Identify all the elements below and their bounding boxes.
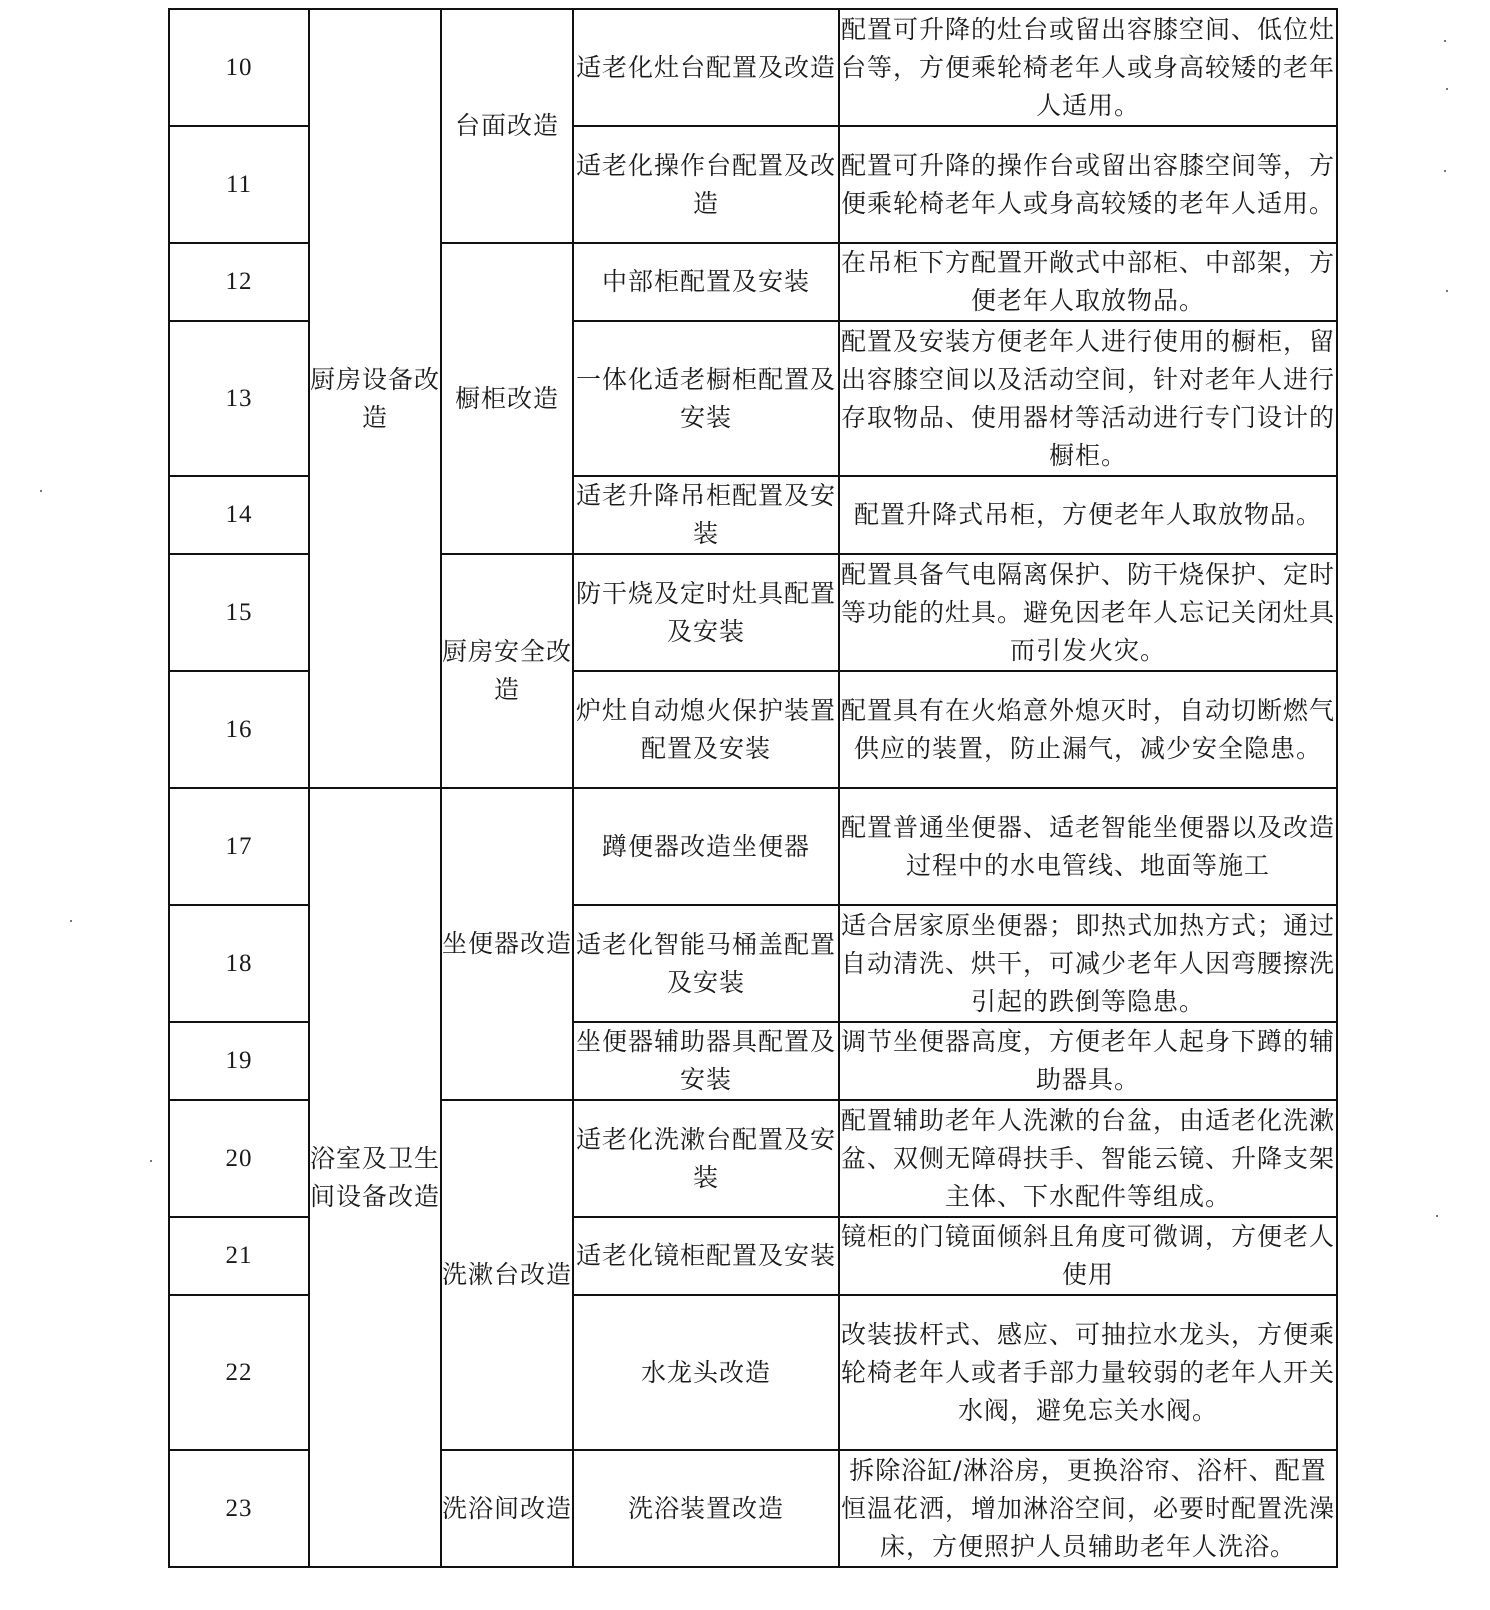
row-number: 16 (169, 671, 309, 788)
item-name: 蹲便器改造坐便器 (573, 788, 839, 905)
scan-speck (150, 1160, 152, 1162)
row-number: 11 (169, 126, 309, 243)
row-number: 15 (169, 554, 309, 671)
item-description: 配置普通坐便器、适老智能坐便器以及改造过程中的水电管线、地面等施工 (839, 788, 1337, 905)
item-description: 配置具有在火焰意外熄灭时，自动切断燃气供应的装置，防止漏气，减少安全隐患。 (839, 671, 1337, 788)
scan-speck (1446, 290, 1448, 292)
item-description: 配置可升降的灶台或留出容膝空间、低位灶台等，方便乘轮椅老年人或身高较矮的老年人适… (839, 9, 1337, 126)
table-row: 17 浴室及卫生间设备改造 坐便器改造 蹲便器改造坐便器 配置普通坐便器、适老智… (169, 788, 1337, 905)
row-number: 10 (169, 9, 309, 126)
renovation-items-table: 10 厨房设备改造 台面改造 适老化灶台配置及改造 配置可升降的灶台或留出容膝空… (168, 8, 1338, 1568)
subcategory-cell-cabinet: 橱柜改造 (441, 243, 573, 554)
item-description: 调节坐便器高度，方便老年人起身下蹲的辅助器具。 (839, 1022, 1337, 1100)
item-name: 坐便器辅助器具配置及安装 (573, 1022, 839, 1100)
item-name: 适老化洗漱台配置及安装 (573, 1100, 839, 1217)
scan-speck (40, 490, 42, 492)
item-description: 配置具备气电隔离保护、防干烧保护、定时等功能的灶具。避免因老年人忘记关闭灶具而引… (839, 554, 1337, 671)
row-number: 19 (169, 1022, 309, 1100)
item-description: 改装拔杆式、感应、可抽拉水龙头，方便乘轮椅老年人或者手部力量较弱的老年人开关水阀… (839, 1295, 1337, 1450)
row-number: 17 (169, 788, 309, 905)
row-number: 22 (169, 1295, 309, 1450)
item-description: 镜柜的门镜面倾斜且角度可微调，方便老人使用 (839, 1217, 1337, 1295)
scan-speck (1444, 40, 1446, 42)
row-number: 18 (169, 905, 309, 1022)
item-name: 适老化操作台配置及改造 (573, 126, 839, 243)
item-name: 适老化镜柜配置及安装 (573, 1217, 839, 1295)
item-description: 配置辅助老年人洗漱的台盆，由适老化洗漱盆、双侧无障碍扶手、智能云镜、升降支架主体… (839, 1100, 1337, 1217)
scan-speck (1436, 1215, 1438, 1217)
item-name: 适老化灶台配置及改造 (573, 9, 839, 126)
category-cell-bathroom: 浴室及卫生间设备改造 (309, 788, 441, 1567)
item-name: 水龙头改造 (573, 1295, 839, 1450)
item-name: 适老升降吊柜配置及安装 (573, 476, 839, 554)
category-cell-kitchen: 厨房设备改造 (309, 9, 441, 788)
row-number: 13 (169, 321, 309, 476)
item-description: 配置及安装方便老年人进行使用的橱柜，留出容膝空间以及活动空间，针对老年人进行存取… (839, 321, 1337, 476)
row-number: 20 (169, 1100, 309, 1217)
row-number: 23 (169, 1450, 309, 1567)
subcategory-cell-washbasin: 洗漱台改造 (441, 1100, 573, 1450)
scan-speck (1444, 170, 1446, 172)
item-name: 防干烧及定时灶具配置及安装 (573, 554, 839, 671)
item-name: 炉灶自动熄火保护装置配置及安装 (573, 671, 839, 788)
item-name: 中部柜配置及安装 (573, 243, 839, 321)
item-name: 一体化适老橱柜配置及安装 (573, 321, 839, 476)
row-number: 14 (169, 476, 309, 554)
subcategory-cell-shower: 洗浴间改造 (441, 1450, 573, 1567)
item-description: 配置升降式吊柜，方便老年人取放物品。 (839, 476, 1337, 554)
table-row: 10 厨房设备改造 台面改造 适老化灶台配置及改造 配置可升降的灶台或留出容膝空… (169, 9, 1337, 126)
row-number: 12 (169, 243, 309, 321)
item-name: 适老化智能马桶盖配置及安装 (573, 905, 839, 1022)
scan-speck (70, 920, 72, 922)
subcategory-cell-toilet: 坐便器改造 (441, 788, 573, 1100)
item-description: 适合居家原坐便器；即热式加热方式；通过自动清洗、烘干，可减少老年人因弯腰擦洗引起… (839, 905, 1337, 1022)
subcategory-cell-kitchen-safety: 厨房安全改造 (441, 554, 573, 788)
item-description: 在吊柜下方配置开敞式中部柜、中部架，方便老年人取放物品。 (839, 243, 1337, 321)
item-description: 拆除浴缸/淋浴房，更换浴帘、浴杆、配置恒温花洒，增加淋浴空间，必要时配置洗澡床，… (839, 1450, 1337, 1567)
subcategory-cell-countertop: 台面改造 (441, 9, 573, 243)
item-name: 洗浴装置改造 (573, 1450, 839, 1567)
scan-speck (1446, 88, 1448, 90)
item-description: 配置可升降的操作台或留出容膝空间等，方便乘轮椅老年人或身高较矮的老年人适用。 (839, 126, 1337, 243)
row-number: 21 (169, 1217, 309, 1295)
document-page: 10 厨房设备改造 台面改造 适老化灶台配置及改造 配置可升降的灶台或留出容膝空… (168, 8, 1336, 1568)
